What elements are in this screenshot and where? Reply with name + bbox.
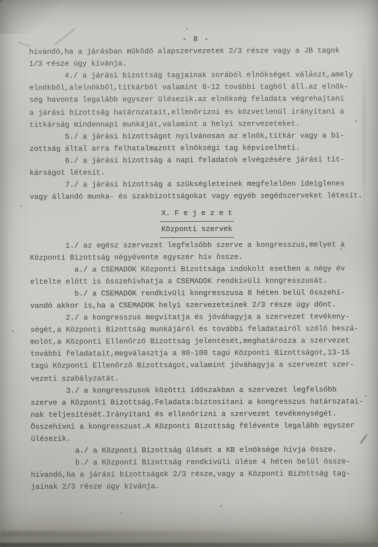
page-corner-shadow [0, 0, 70, 34]
chapter-heading-text: X. F e j e z e t [159, 208, 234, 222]
scanned-document-page: - 8 - hívandó,ha a járásban működő alaps… [0, 0, 378, 547]
paragraph-continuation: hívandó,ha a járásban működő alapszervez… [29, 45, 363, 71]
paragraph-item-4: 4./ a járási bizottság tagjainak sorából… [29, 70, 363, 132]
chapter-subheading: Központi szervek [30, 223, 364, 238]
paragraph-item-5: 5./ a járási bizottságot nyilvánosan az … [29, 130, 363, 156]
paragraph-item-1: 1./ az egész szervezet legfelsőbb szerve… [30, 239, 364, 265]
document-text: - 8 - hívandó,ha a járásban működő alaps… [29, 33, 365, 494]
paragraph-item-2: 2./ a kongresszus megvitatja és jóváhagy… [30, 311, 364, 385]
scan-speckles [0, 0, 2, 2]
paragraph-item-6: 6./ a járási bizottság a napi feladatok … [30, 154, 364, 180]
chapter-subheading-text: Központi szervek [159, 224, 234, 238]
paragraph-item-3: 3./ a kongresszusok közötti időszakban a… [31, 384, 365, 446]
paragraph-item-1a: a./ a CSEMADOK Központi Bizottsága indok… [30, 263, 364, 289]
scan-shadow-streak [0, 531, 300, 537]
paragraph-item-1b: b./ a CSEMADOK rendkívüli kongresszusa 8… [30, 287, 364, 313]
paragraph-item-7: 7./ a járási bizottság a szükségleteinek… [30, 178, 364, 204]
paragraph-item-3b: b./ a Központi Bizottság rendkívüli ülés… [31, 456, 365, 494]
chapter-heading: X. F e j e z e t [30, 208, 364, 223]
scan-bottom-edge [0, 543, 378, 547]
